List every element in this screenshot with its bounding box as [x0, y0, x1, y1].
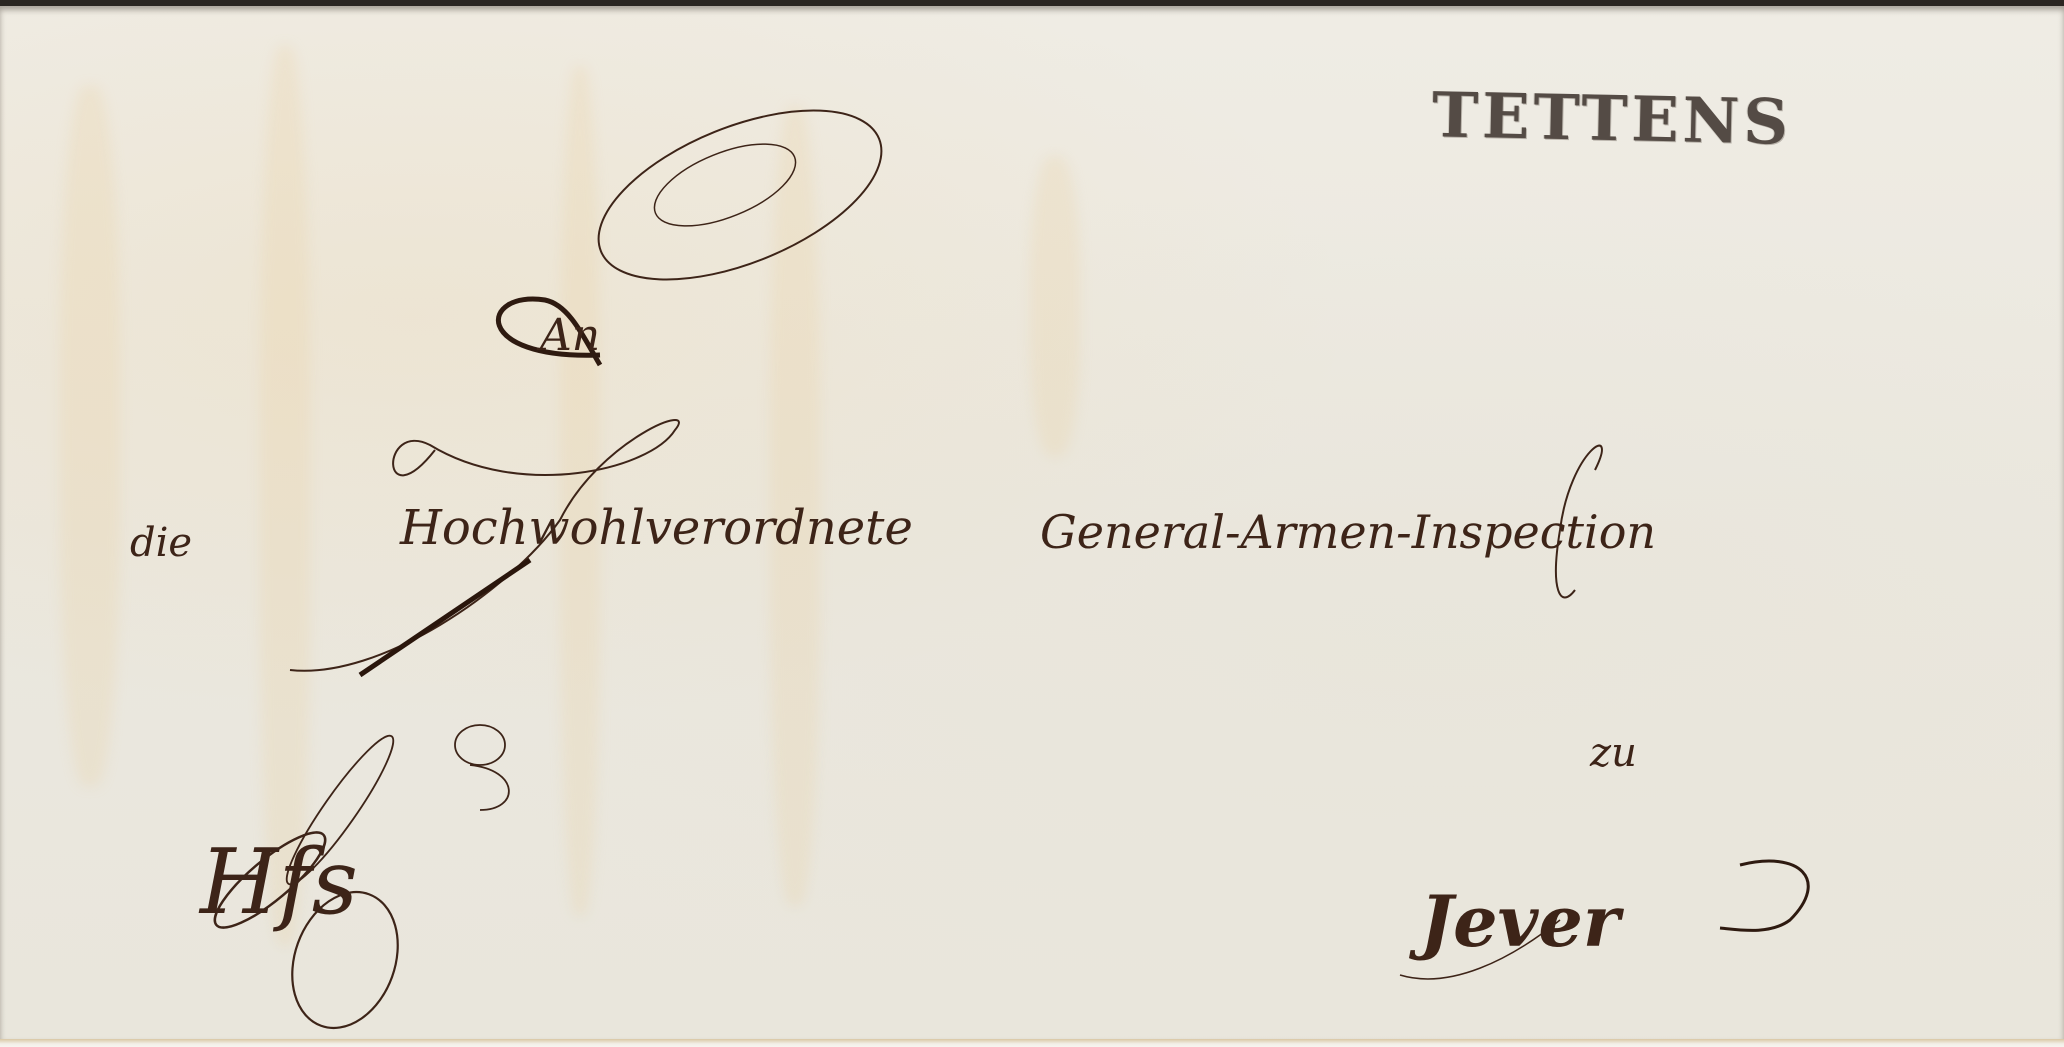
paper-stain: [260, 46, 310, 946]
paper-stain: [1030, 156, 1080, 456]
official-mark-hfs: Hfs: [200, 830, 358, 935]
paper-stain: [560, 66, 600, 916]
postmark-tettens: TETTENS: [1431, 78, 1793, 159]
address-line-die: die: [130, 520, 192, 566]
address-line-an: An: [540, 310, 600, 361]
address-line-title: Hochwohlverordnete: [400, 500, 913, 556]
address-line-zu: zu: [1590, 730, 1637, 776]
address-line-recipient: General-Armen-Inspection: [1040, 505, 1656, 559]
paper-stain: [60, 86, 120, 786]
address-line-city: Jever: [1420, 880, 1620, 963]
paper-bottom-edge: [0, 1039, 2064, 1047]
